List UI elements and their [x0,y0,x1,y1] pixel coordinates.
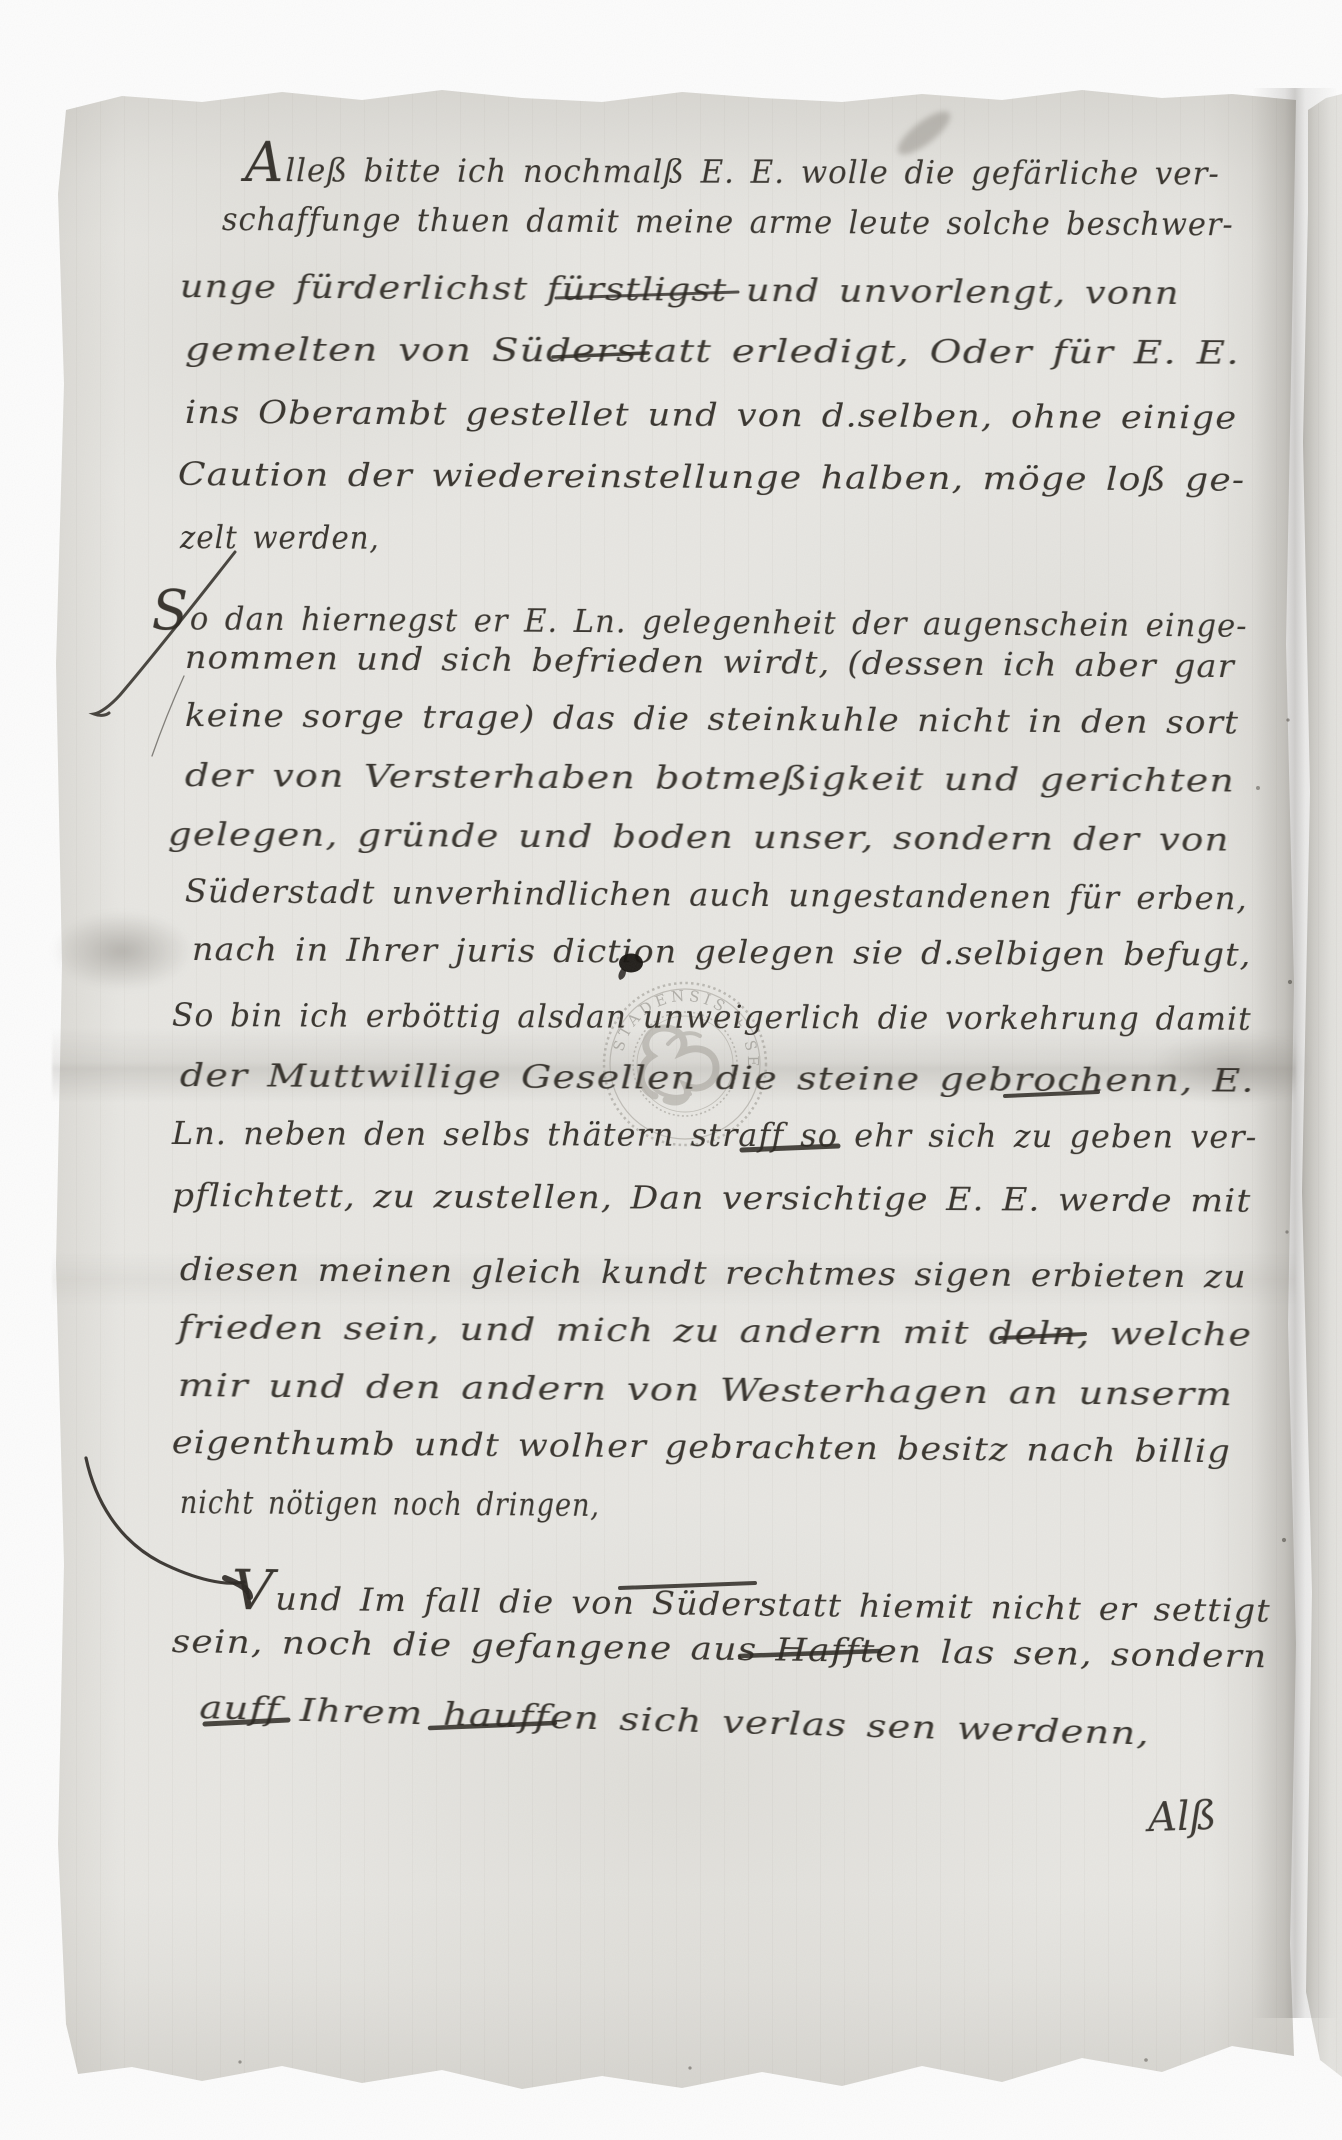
manuscript-line: So bin ich erböttig alsdan unweigerlich … [172,996,1252,1038]
manuscript-line: keine sorge trage) das die steinkuhle ni… [185,696,1239,741]
manuscript-line: nach in Ihrer juris diction gelegen sie … [192,930,1252,974]
manuscript-line: Vund Im fall die von Süderstatt hiemit n… [231,1558,1271,1635]
manuscript-line: zelt werden, [180,518,380,557]
manuscript-line: ins Oberambt gestellet und von d.selben,… [185,393,1238,437]
manuscript-line: gelegen, gründe und boden unser, sondern… [168,815,1230,859]
catchword: Alß [1147,1793,1217,1841]
manuscript-line: der Muttwillige Gesellen die steine gebr… [180,1056,1255,1100]
manuscript-line: Süderstadt unverhindlichen auch ungestan… [185,872,1248,917]
manuscript-line: nommen und sich befrieden wirdt, (dessen… [185,638,1235,685]
manuscript-line: schaffunge thuen damit meine arme leute … [222,200,1234,243]
manuscript-line: frieden sein, und mich zu andern mit del… [178,1308,1253,1353]
manuscript-line: mir und den andern von Westerhagen an un… [178,1366,1234,1413]
manuscript-line: auff Ihrem hauffen sich verlas sen werde… [199,1688,1151,1753]
manuscript-line: Ln. neben den selbs thätern straff so eh… [172,1114,1258,1156]
manuscript-line: eigenthumb undt wolher gebrachten besitz… [172,1423,1231,1470]
manuscript-line: nicht nötigen noch dringen, [180,1483,600,1524]
manuscript-line: Caution der wiedereinstellunge halben, m… [178,455,1246,499]
manuscript-line: der von Versterhaben botmeßigkeit und ge… [185,756,1235,799]
manuscript-line: gemelten von Süderstatt erledigt, Oder f… [185,330,1240,372]
manuscript-line: Alleß bitte ich nochmalß E. E. wolle die… [245,130,1220,197]
manuscript-line: diesen meinen gleich kundt rechtmes sige… [180,1250,1247,1295]
manuscript-text: Alleß bitte ich nochmalß E. E. wolle die… [0,0,1342,2140]
scanned-document: STADENSIS + SECR Alleß bitte ich nochmal… [0,0,1342,2140]
manuscript-line: unge fürderlichst fürstligst und unvorle… [180,267,1180,312]
manuscript-line: pflichtett, zu zustellen, Dan versichtig… [172,1176,1252,1220]
